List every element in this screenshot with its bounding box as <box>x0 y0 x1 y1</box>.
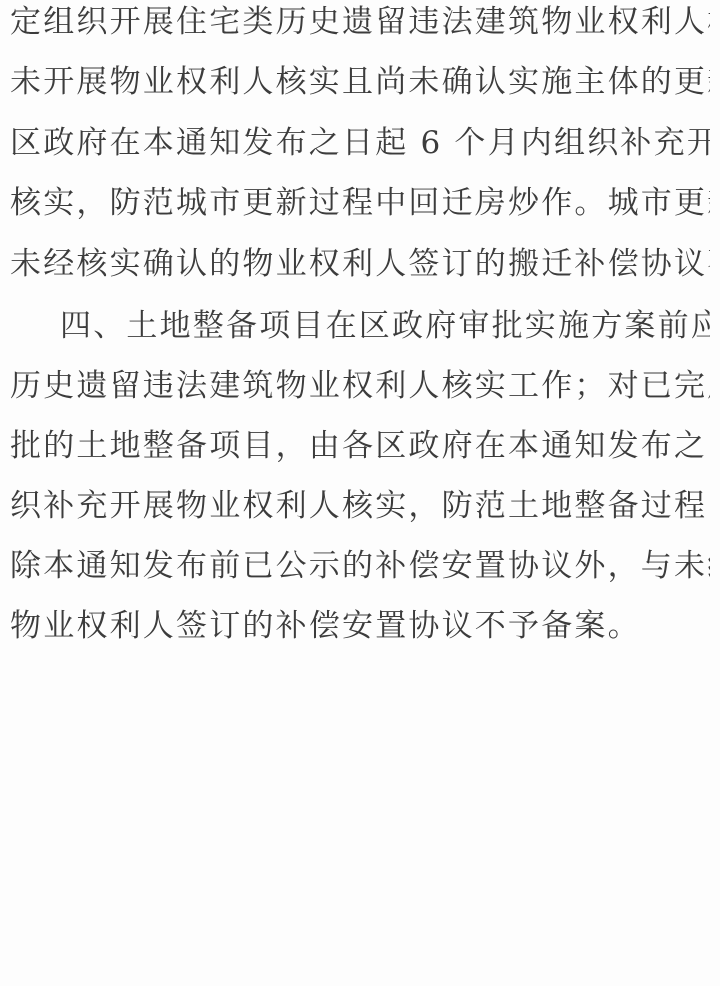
text-line: 未开展物业权利人核实且尚未确认实施主体的更新项目，由各 <box>10 60 710 104</box>
text-line: 织补充开展物业权利人核实，防范土地整备过程中安置房炒作。 <box>10 484 710 528</box>
text-line: 区政府在本通知发布之日起 6 个月内组织补充开展物业权利人 <box>10 121 710 165</box>
text-line: 未经核实确认的物业权利人签订的搬迁补偿协议不予备案。 <box>10 242 710 286</box>
text-line: 定组织开展住宅类历史遗留违法建筑物业权利人核实工作；对 <box>10 0 710 44</box>
text-line: 除本通知发布前已公示的补偿安置协议外，与未经核实确认的 <box>10 544 710 588</box>
document-page: 定组织开展住宅类历史遗留违法建筑物业权利人核实工作；对 未开展物业权利人核实且尚… <box>0 0 720 986</box>
section-four-heading-line: 四、土地整备项目在区政府审批实施方案前应开展住宅类 <box>60 304 710 348</box>
text-line: 物业权利人签订的补偿安置协议不予备案。 <box>10 604 710 648</box>
text-line: 批的土地整备项目，由各区政府在本通知发布之日起 6 个月内组 <box>10 424 710 468</box>
text-line: 核实，防范城市更新过程中回迁房炒作。城市更新市场主体与 <box>10 181 710 225</box>
text-line: 历史遗留违法建筑物业权利人核实工作；对已完成实施方案审 <box>10 364 710 408</box>
